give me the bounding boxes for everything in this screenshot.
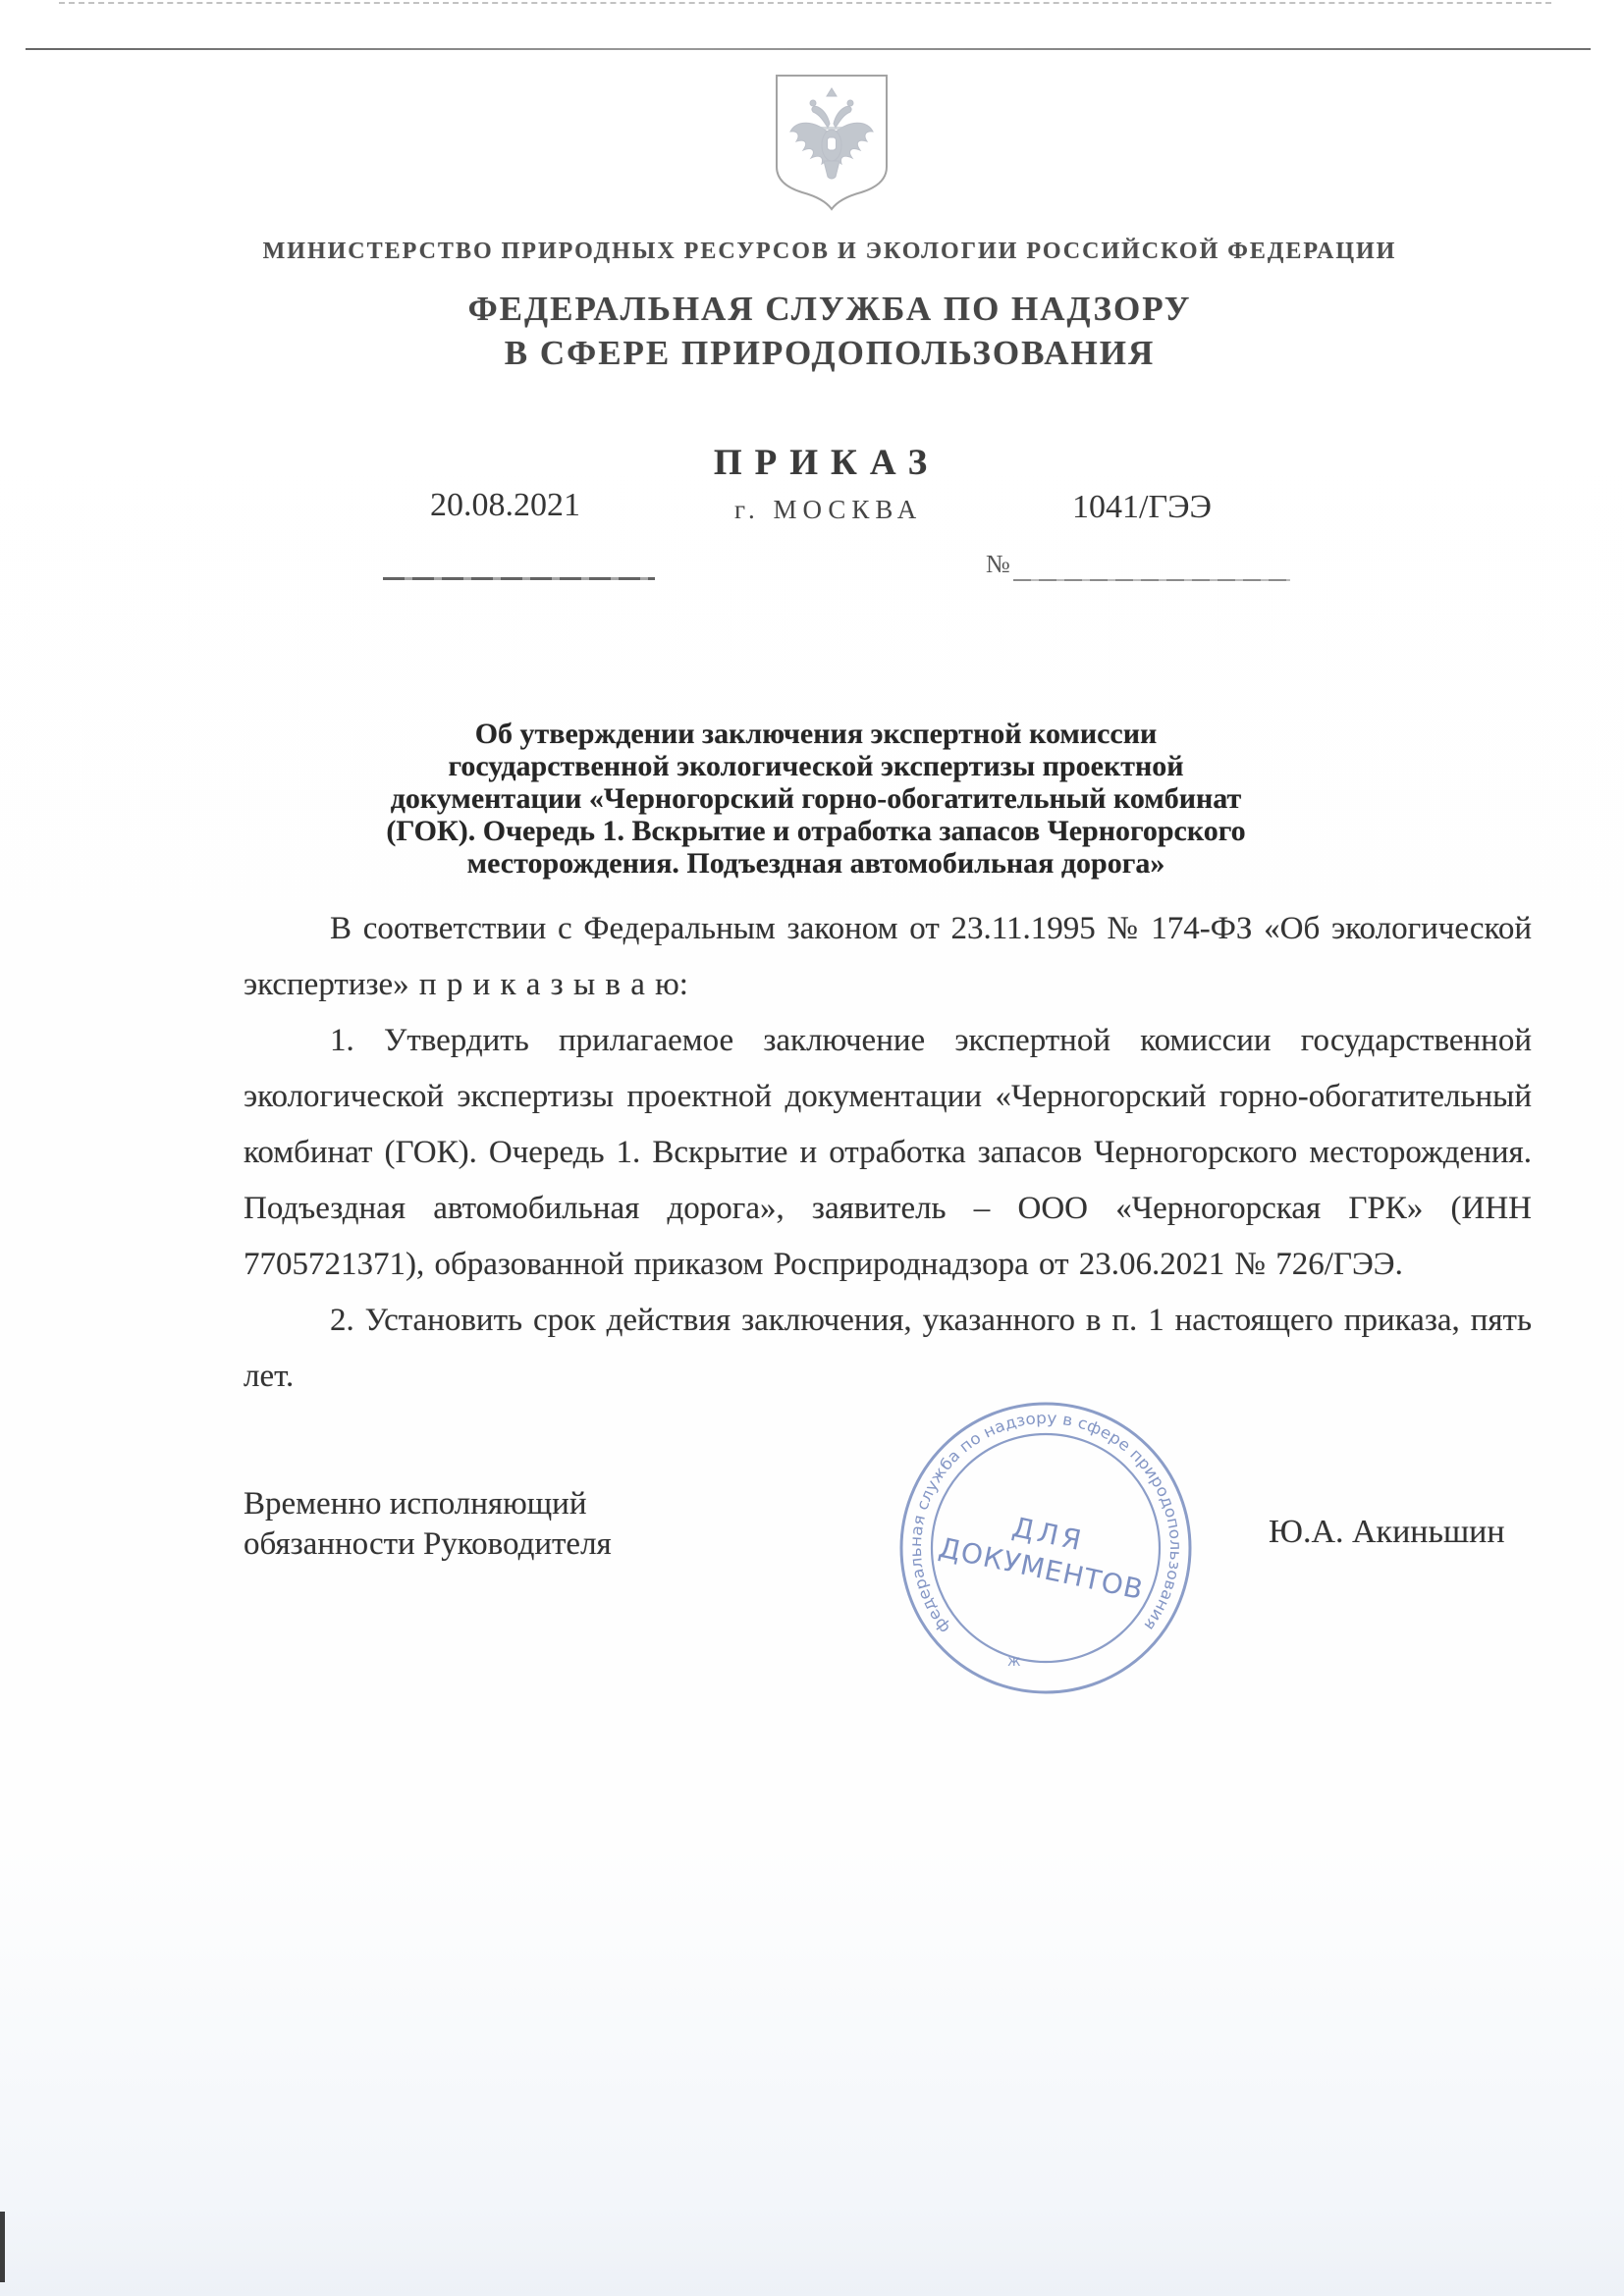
signatory-position: Временно исполняющий обязанности Руковод… — [244, 1484, 612, 1565]
order-date: 20.08.2021 — [430, 487, 580, 524]
official-stamp-icon: федеральная служба по надзору в сфере пр… — [895, 1398, 1196, 1698]
coat-of-arms-icon — [771, 71, 893, 214]
order-city: г. МОСКВА — [734, 495, 922, 525]
signatory-position-line-2: обязанности Руководителя — [244, 1524, 612, 1565]
scan-artifact-top-rule — [26, 48, 1591, 50]
ministry-name: МИНИСТЕРСТВО ПРИРОДНЫХ РЕСУРСОВ И ЭКОЛОГ… — [35, 239, 1624, 265]
order-title-line-1: Об утверждении заключения экспертной ком… — [196, 718, 1435, 750]
document-header: МИНИСТЕРСТВО ПРИРОДНЫХ РЕСУРСОВ И ЭКОЛОГ… — [0, 239, 1624, 375]
doc-type-title: ПРИКАЗ — [0, 442, 1624, 484]
order-number: 1041/ГЭЭ — [1072, 489, 1212, 526]
scan-artifact-top-dashes — [59, 2, 1551, 4]
signatory-name: Ю.А. Акиньшин — [1269, 1514, 1505, 1551]
order-paragraph-preamble: В соответствии с Федеральным законом от … — [244, 901, 1532, 1013]
scanned-order-page: МИНИСТЕРСТВО ПРИРОДНЫХ РЕСУРСОВ И ЭКОЛОГ… — [0, 0, 1624, 2296]
order-title-line-2: государственной экологической экспертизы… — [196, 750, 1435, 782]
order-title: Об утверждении заключения экспертной ком… — [196, 718, 1435, 880]
order-title-line-3: документации «Черногорский горно-обогати… — [196, 782, 1435, 815]
number-underline — [1013, 579, 1290, 581]
order-title-line-5: месторождения. Подъездная автомобильная … — [196, 847, 1435, 880]
signatory-position-line-1: Временно исполняющий — [244, 1484, 612, 1524]
order-paragraph-item-2: 2. Установить срок действия заключения, … — [244, 1293, 1532, 1405]
number-sign: № — [986, 550, 1010, 579]
agency-name-line-1: ФЕДЕРАЛЬНАЯ СЛУЖБА ПО НАДЗОРУ — [35, 287, 1624, 331]
order-paragraph-item-1: 1. Утвердить прилагаемое заключение эксп… — [244, 1013, 1532, 1293]
order-title-line-4: (ГОК). Очередь 1. Вскрытие и отработка з… — [196, 815, 1435, 847]
date-underline — [383, 577, 655, 580]
order-body: В соответствии с Федеральным законом от … — [244, 901, 1532, 1405]
agency-name-line-2: В СФЕРЕ ПРИРОДОПОЛЬЗОВАНИЯ — [35, 331, 1624, 375]
stamp-bottom-mark: ж — [1007, 1652, 1021, 1670]
scan-artifact-left-mark — [0, 2212, 5, 2282]
agency-name: ФЕДЕРАЛЬНАЯ СЛУЖБА ПО НАДЗОРУ В СФЕРЕ ПР… — [35, 287, 1624, 375]
